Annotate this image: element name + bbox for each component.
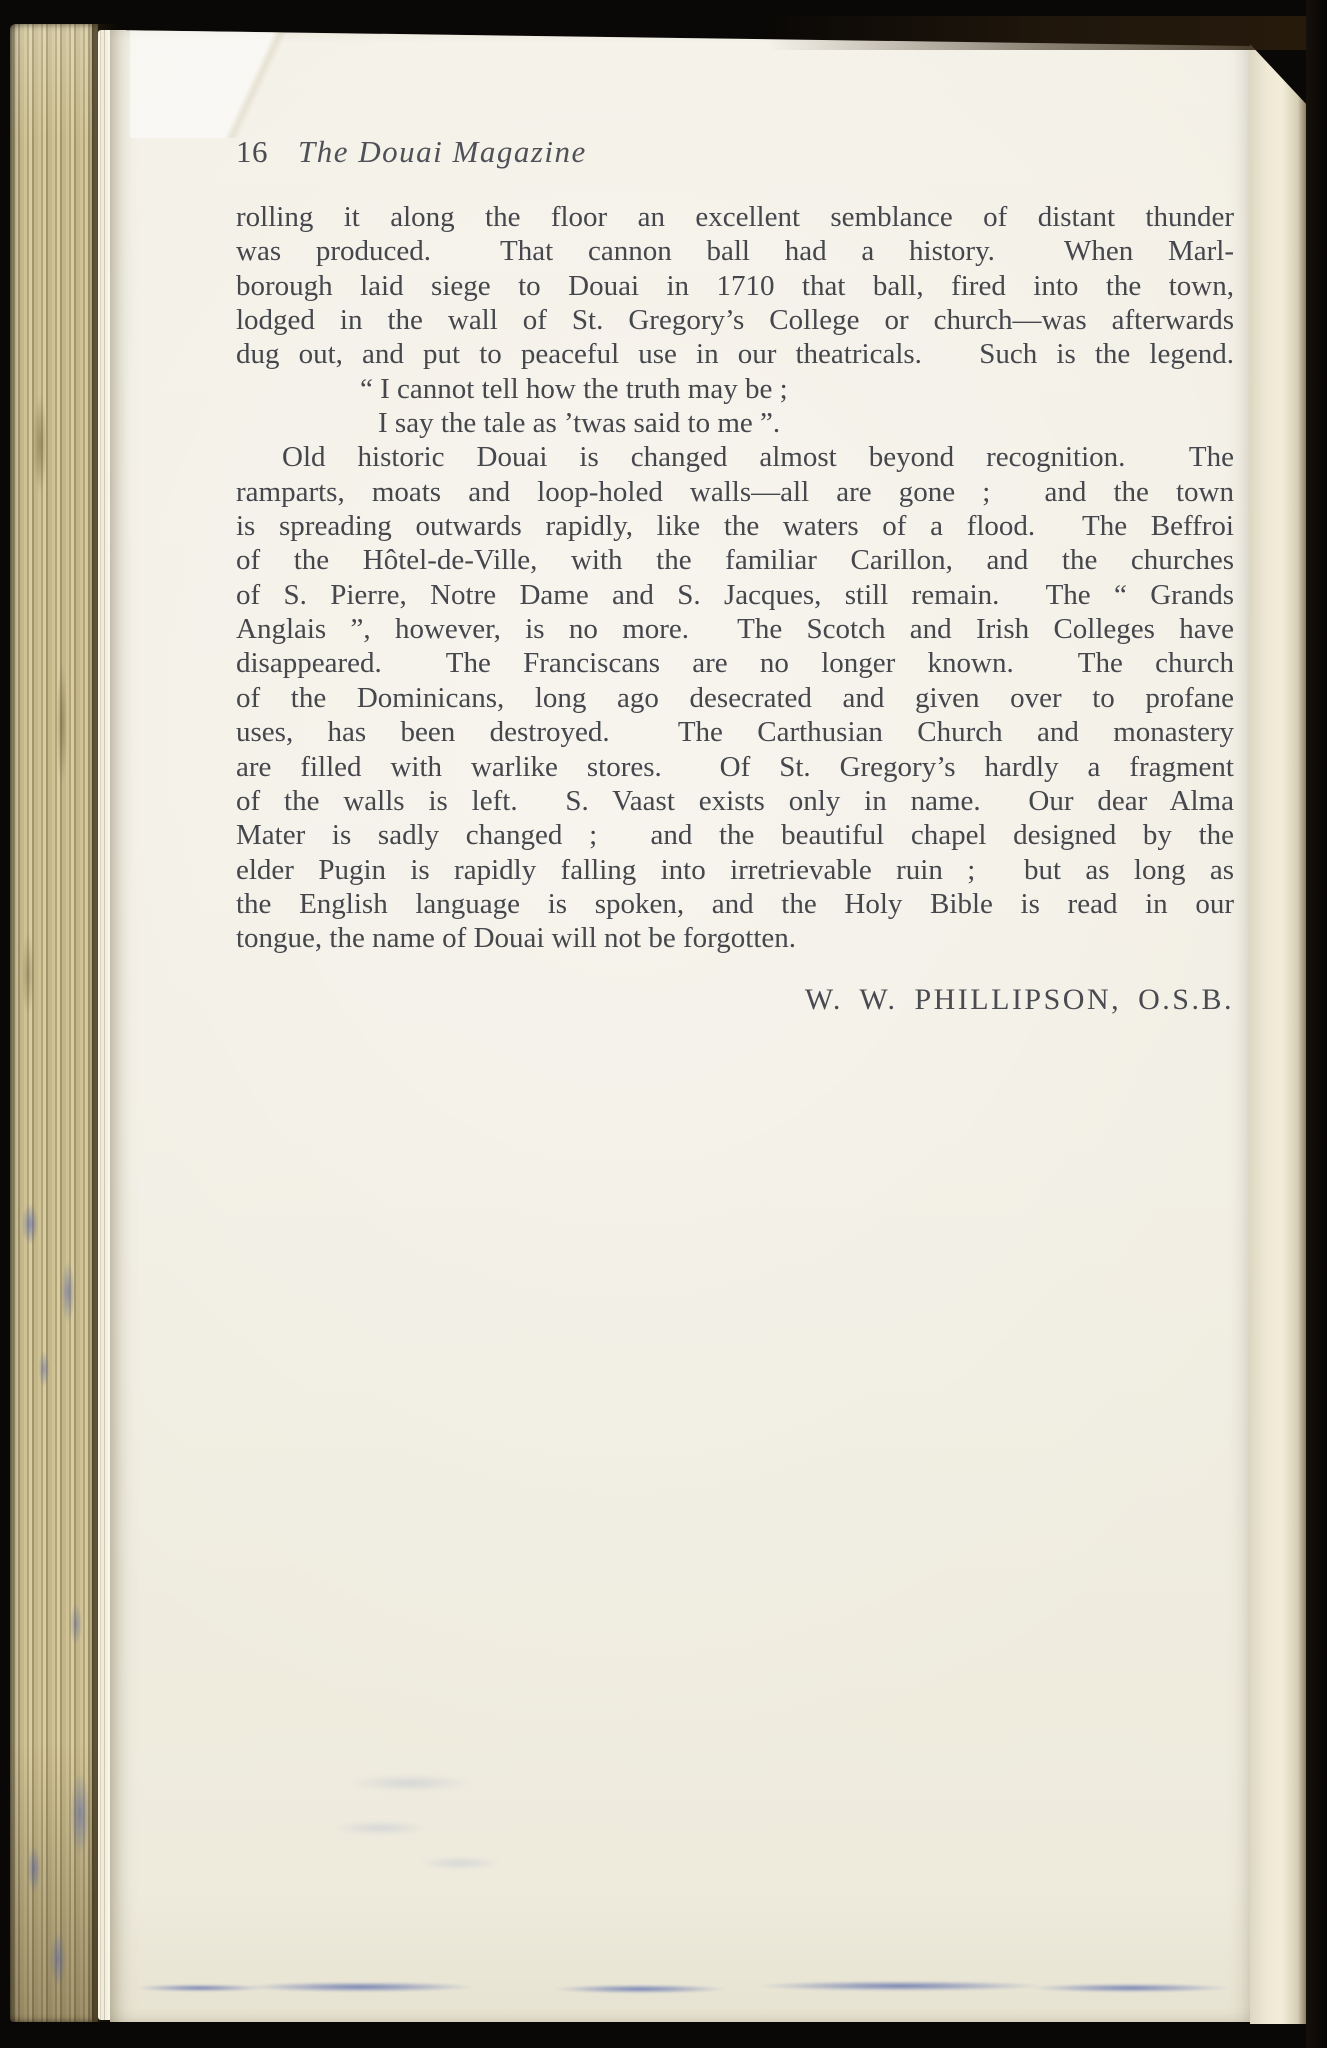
page-header: 16The Douai Magazine	[236, 134, 1232, 170]
text-line: of S. Pierre, Notre Dame and S. Jacques,…	[236, 578, 1234, 612]
text-line: Mater is sadly changed ; and the beautif…	[236, 818, 1234, 852]
magazine-title: The Douai Magazine	[298, 134, 587, 170]
text-line: Old historic Douai is changed almost bey…	[236, 440, 1234, 474]
page-corner-sheen	[130, 28, 460, 138]
text-line: disappeared. The Franciscans are no long…	[236, 646, 1234, 680]
background-right	[1306, 0, 1327, 2048]
book-photograph: 16The Douai Magazine rolling it along th…	[0, 0, 1327, 2048]
text-line: the English language is spoken, and the …	[236, 887, 1234, 921]
page-number: 16	[236, 134, 268, 170]
text-line: of the walls is left. S. Vaast exists on…	[236, 784, 1234, 818]
text-line: of the Dominicans, long ago desecrated a…	[236, 681, 1234, 715]
page-edge-marbling	[10, 24, 98, 2022]
bottom-edge-blue-smear	[120, 1978, 1240, 1996]
stacked-page-edges	[10, 24, 98, 2022]
verse-line: “ I cannot tell how the truth may be ;	[236, 372, 1234, 406]
text-line: tongue, the name of Douai will not be fo…	[236, 921, 1234, 955]
text-line: elder Pugin is rapidly falling into irre…	[236, 853, 1234, 887]
text-line: borough laid siege to Douai in 1710 that…	[236, 269, 1234, 303]
text-line: dug out, and put to peaceful use in our …	[236, 337, 1234, 371]
text-line: is spreading outwards rapidly, like the …	[236, 509, 1234, 543]
body-text: rolling it along the floor an excellent …	[236, 200, 1234, 1017]
text-line: Anglais ”, however, is no more. The Scot…	[236, 612, 1234, 646]
text-line: ramparts, moats and loop-holed walls—all…	[236, 475, 1234, 509]
text-line: uses, has been destroyed. The Carthusian…	[236, 715, 1234, 749]
next-page-sliver	[1250, 36, 1308, 2024]
verse-line: I say the tale as ’twas said to me ”.	[236, 406, 1234, 440]
ink-ghost-smudge	[260, 1753, 560, 1883]
text-line: was produced. That cannon ball had a his…	[236, 234, 1234, 268]
text-line: are filled with warlike stores. Of St. G…	[236, 750, 1234, 784]
text-line: lodged in the wall of St. Gregory’s Coll…	[236, 303, 1234, 337]
book-page: 16The Douai Magazine rolling it along th…	[110, 28, 1250, 2022]
author-signature: W. W. PHILLIPSON, O.S.B.	[236, 983, 1234, 1017]
text-line: of the Hôtel-de-Ville, with the familiar…	[236, 543, 1234, 577]
text-line: rolling it along the floor an excellent …	[236, 200, 1234, 234]
